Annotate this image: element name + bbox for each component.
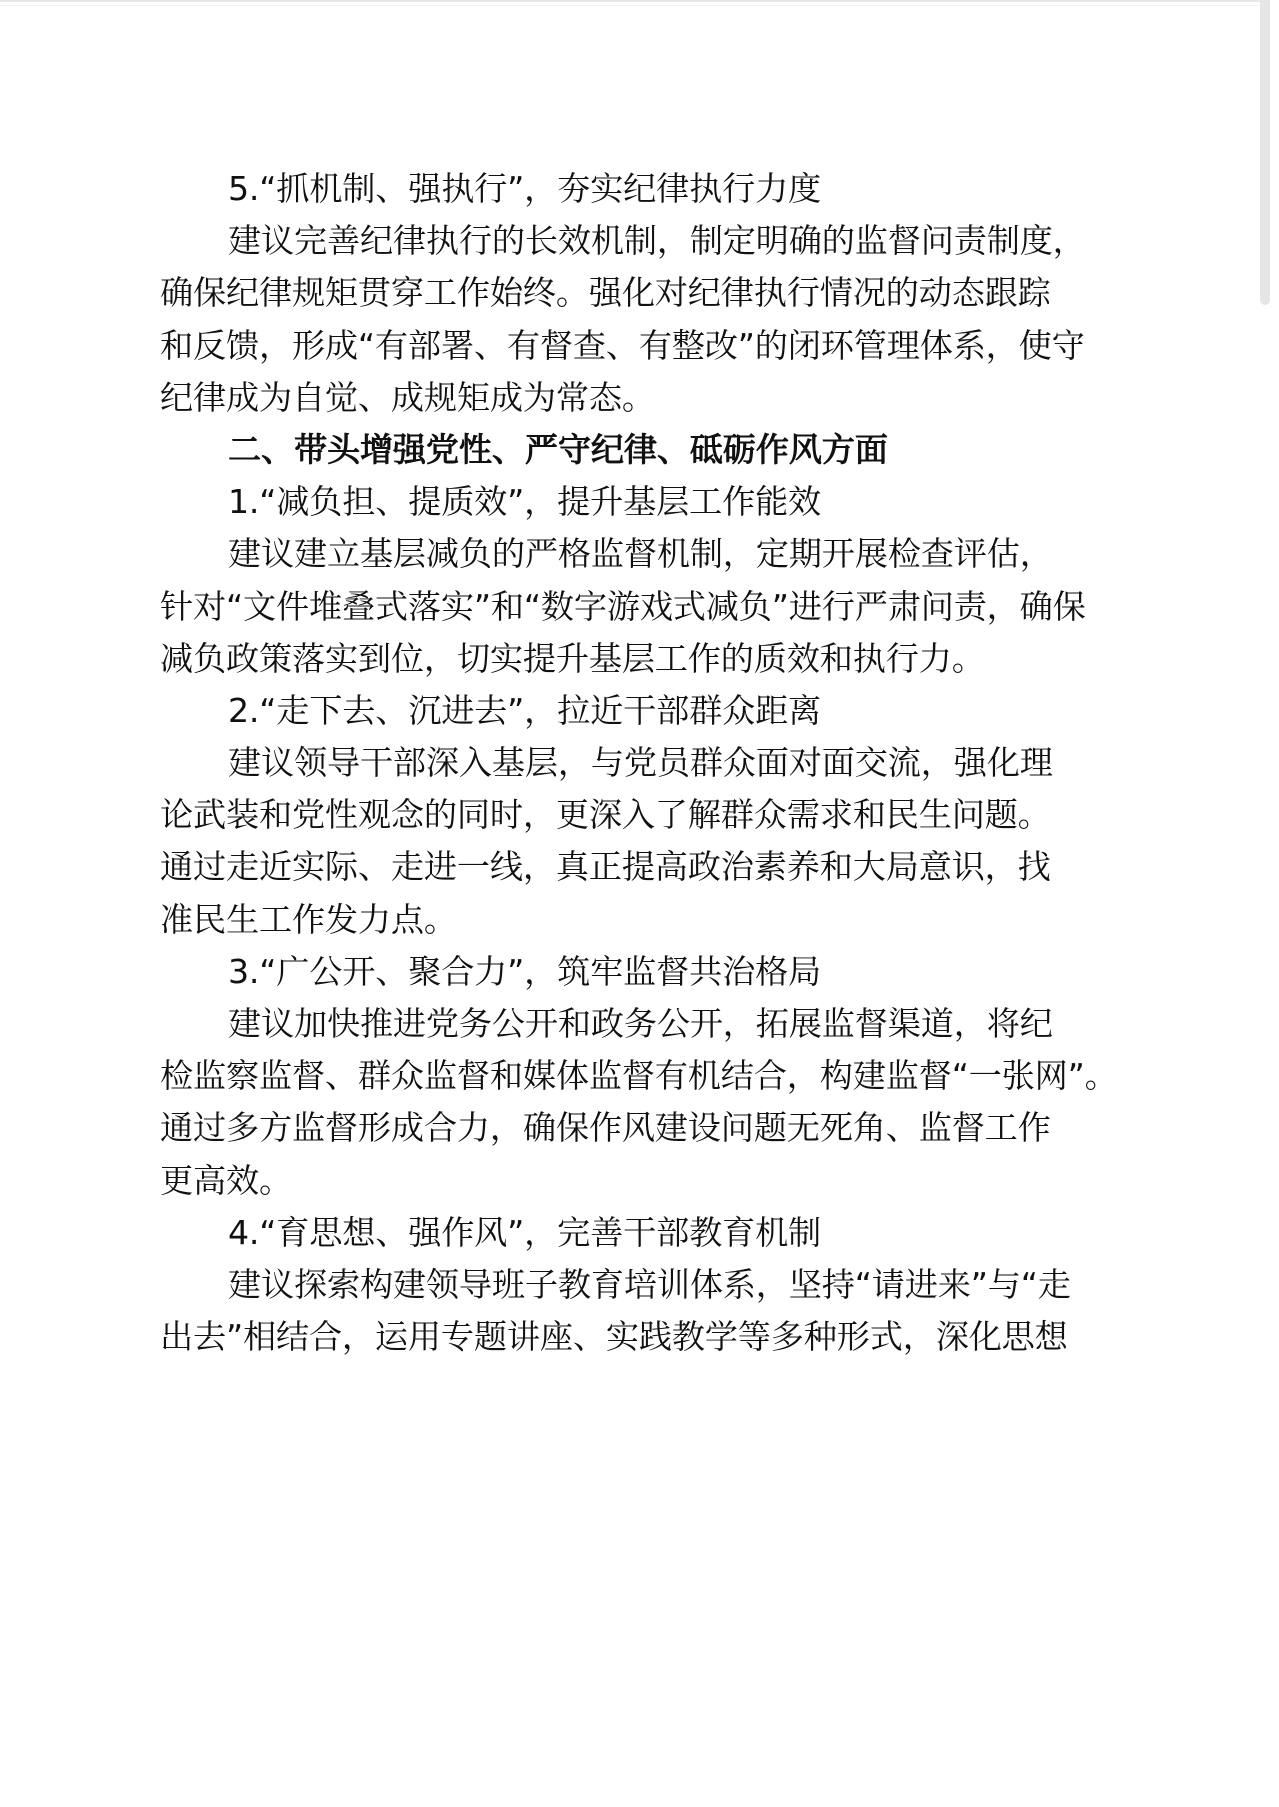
paragraph-line: 通过多方监督形成合力，确保作风建设问题无死角、监督工作 [160,1102,1110,1154]
paragraph-line: 论武装和党性观念的同时，更深入了解群众需求和民生问题。 [160,789,1110,841]
paragraph-line: 和反馈，形成“有部署、有督查、有整改”的闭环管理体系，使守 [160,320,1110,372]
paragraph-line: 建议领导干部深入基层，与党员群众面对面交流，强化理 [160,737,1110,789]
paragraph-line: 建议探索构建领导班子教育培训体系，坚持“请进来”与“走 [160,1259,1110,1311]
paragraph-line: 建议建立基层减负的严格监督机制，定期开展检查评估， [160,528,1110,580]
top-border [0,0,1279,2]
paragraph-line: 更高效。 [160,1155,1110,1207]
section-heading-2: 二、带头增强党性、严守纪律、砥砺作风方面 [160,424,1110,476]
subheading-1: 1.“减负担、提质效”，提升基层工作能效 [160,476,1110,528]
top-border-shadow [0,5,1279,6]
paragraph-line: 减负政策落实到位，切实提升基层工作的质效和执行力。 [160,633,1110,685]
paragraph-line: 针对“文件堆叠式落实”和“数字游戏式减负”进行严肃问责，确保 [160,581,1110,633]
paragraph-line: 准民生工作发力点。 [160,894,1110,946]
subheading-4: 4.“育思想、强作风”，完善干部教育机制 [160,1207,1110,1259]
paragraph-line: 检监察监督、群众监督和媒体监督有机结合，构建监督“一张网”。 [160,1050,1110,1102]
paragraph-line: 确保纪律规矩贯穿工作始终。强化对纪律执行情况的动态跟踪 [160,267,1110,319]
paragraph-line: 纪律成为自觉、成规矩成为常态。 [160,372,1110,424]
scrollbar-thumb[interactable] [1260,0,1270,305]
subheading-2: 2.“走下去、沉进去”，拉近干部群众距离 [160,685,1110,737]
paragraph-line: 建议加快推进党务公开和政务公开，拓展监督渠道，将纪 [160,998,1110,1050]
subheading-3: 3.“广公开、聚合力”，筑牢监督共治格局 [160,946,1110,998]
paragraph-line: 出去”相结合，运用专题讲座、实践教学等多种形式，深化思想 [160,1311,1110,1363]
paragraph-line: 通过走近实际、走进一线，真正提高政治素养和大局意识，找 [160,841,1110,893]
document-page: 5.“抓机制、强执行”，夯实纪律执行力度 建议完善纪律执行的长效机制，制定明确的… [160,163,1110,1363]
subheading-5: 5.“抓机制、强执行”，夯实纪律执行力度 [160,163,1110,215]
paragraph-line: 建议完善纪律执行的长效机制，制定明确的监督问责制度， [160,215,1110,267]
